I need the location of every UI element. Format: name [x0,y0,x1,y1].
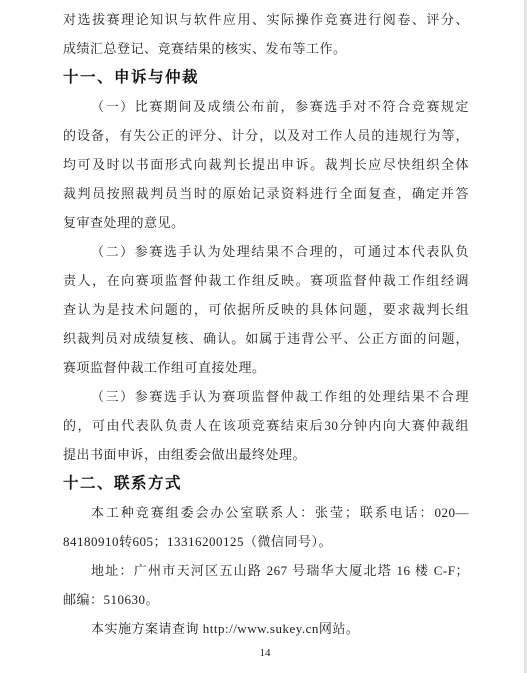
body-line: （二）参赛选手认为处理结果不合理的，可通过本代表队负 [63,237,469,266]
body-line: 成绩汇总登记、竞赛结果的核实、发布等工作。 [63,34,469,63]
body-line: 提出书面申诉，由组委会做出最终处理。 [63,440,469,469]
page-right-edge [524,0,527,673]
body-line: 的，可由代表队负责人在该项竞赛结束后30分钟内向大赛仲裁组 [63,411,469,440]
page-content: 对选拔赛理论知识与软件应用、实际操作竞赛进行阅卷、评分、 成绩汇总登记、竞赛结果… [63,5,469,643]
section-heading-contact-info: 十二、联系方式 [63,469,469,498]
section-heading-appeals-arbitration: 十一、申诉与仲裁 [63,63,469,92]
body-line: 的设备，有失公正的评分、计分，以及对工作人员的违规行为等， [63,121,469,150]
website-line: 本实施方案请查询 http://www.sukey.cn网站。 [63,614,469,643]
body-line: 复审查处理的意见。 [63,208,469,237]
contact-line: 84180910转605；13316200125（微信同号）。 [63,527,469,556]
contact-line: 本工种竞赛组委会办公室联系人：张莹；联系电话：020— [63,498,469,527]
body-line: （一）比赛期间及成绩公布前，参赛选手对不符合竞赛规定 [63,92,469,121]
body-line: 查认为是技术问题的，可依据所反映的具体问题，要求裁判长组 [63,295,469,324]
document-page: 对选拔赛理论知识与软件应用、实际操作竞赛进行阅卷、评分、 成绩汇总登记、竞赛结果… [0,0,530,673]
body-line: 织裁判员对成绩复核、确认。如属于违背公平、公正方面的问题， [63,324,469,353]
body-line: 裁判员按照裁判员当时的原始记录资料进行全面复查，确定并答 [63,179,469,208]
body-line: 赛项监督仲裁工作组可直接处理。 [63,353,469,382]
address-line: 地址：广州市天河区五山路 267 号瑞华大厦北塔 16 楼 C-F； [63,556,469,585]
body-line: 责人，在向赛项监督仲裁工作组反映。赛项监督仲裁工作组经调 [63,266,469,295]
page-number: 14 [0,646,530,660]
body-line: 均可及时以书面形式向裁判长提出申诉。裁判长应尽快组织全体 [63,150,469,179]
body-line: （三）参赛选手认为赛项监督仲裁工作组的处理结果不合理 [63,382,469,411]
body-line: 对选拔赛理论知识与软件应用、实际操作竞赛进行阅卷、评分、 [63,5,469,34]
address-line: 邮编：510630。 [63,585,469,614]
